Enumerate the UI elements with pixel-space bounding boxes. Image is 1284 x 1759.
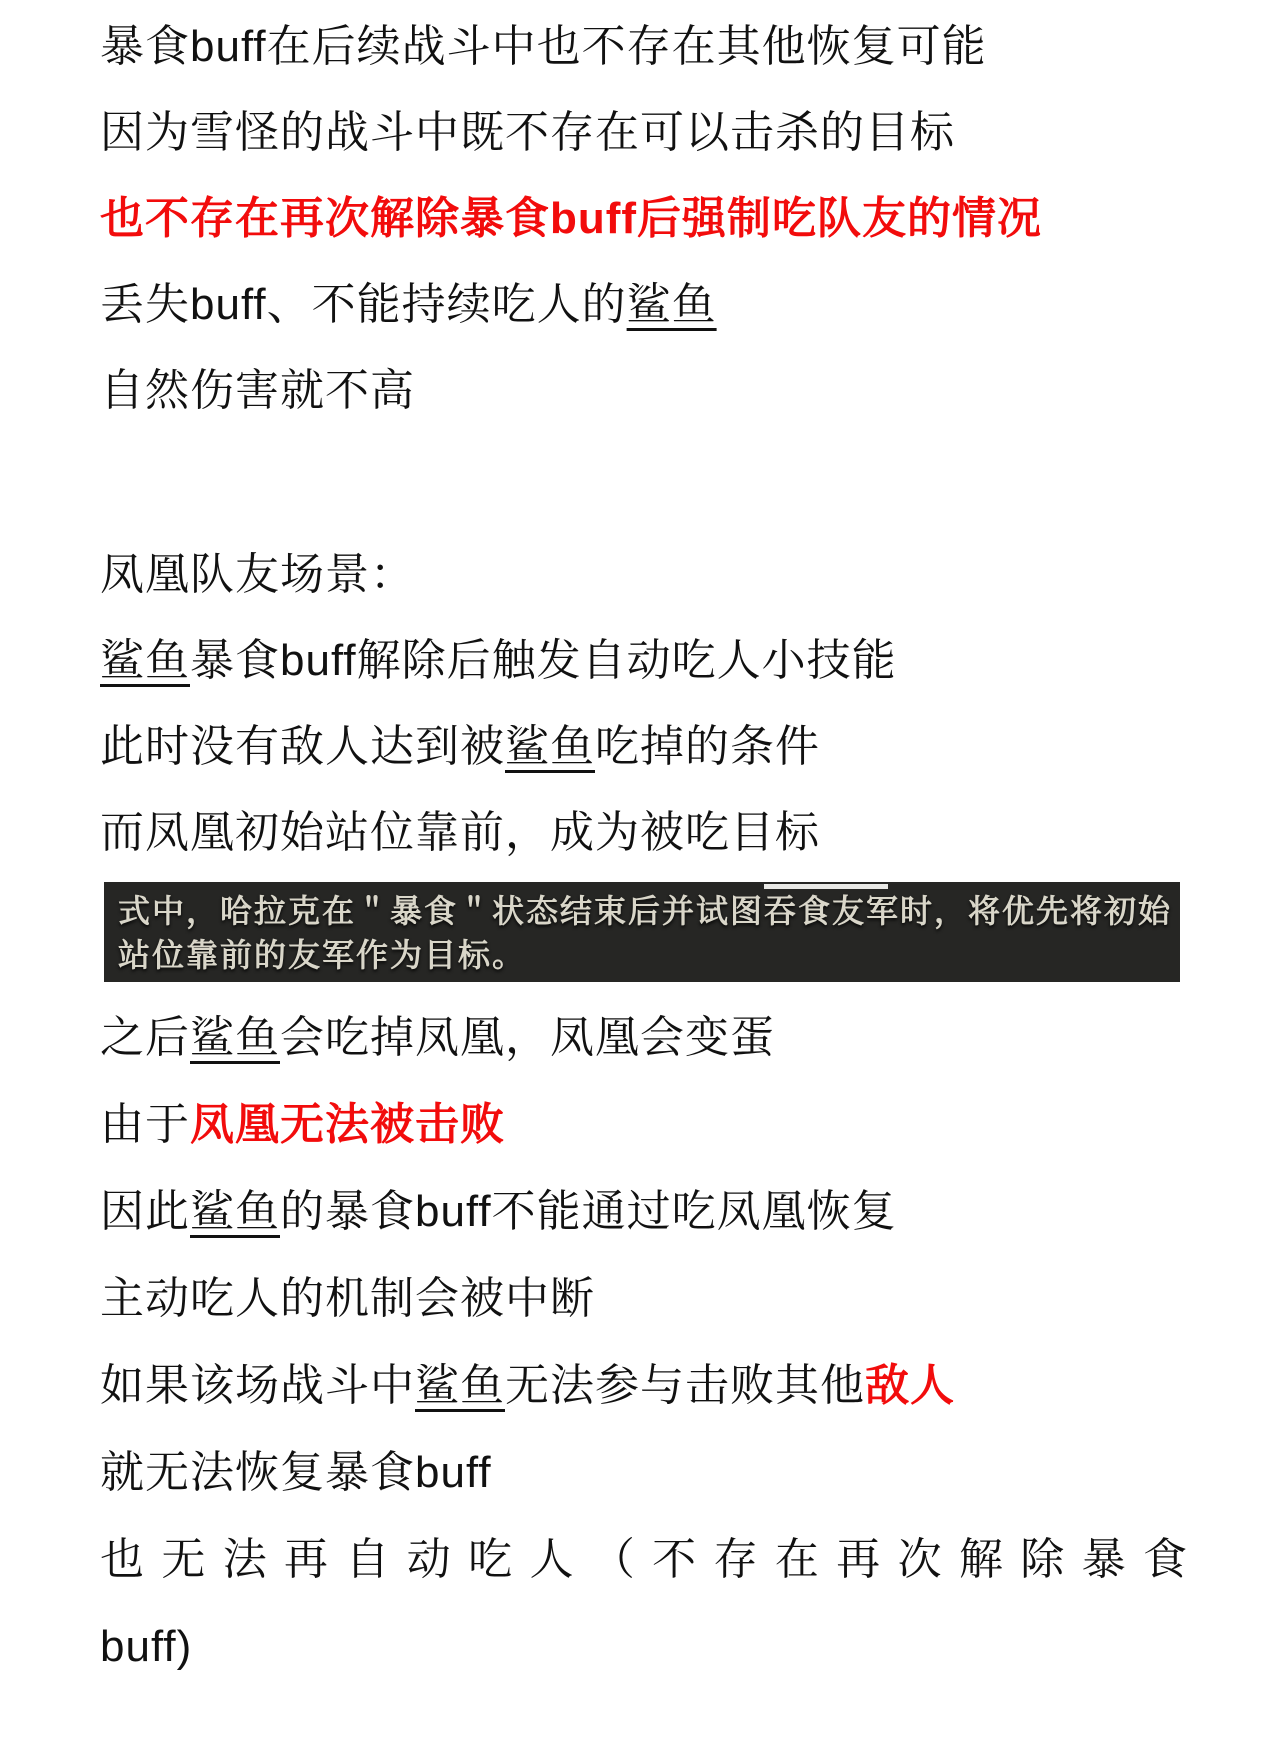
text-line: 而凤凰初始站位靠前，成为被吃目标 xyxy=(100,790,1188,876)
text-segment: 吃掉的条件 xyxy=(595,722,820,771)
text-segment: 丢失buff、不能持续吃人的 xyxy=(100,280,627,329)
red-emphasis: 敌人 xyxy=(865,1361,955,1410)
text-line-justified: 也无法再自动吃人（不存在再次解除暴食 xyxy=(100,1516,1188,1603)
text-segment: 之后 xyxy=(100,1013,190,1062)
text-line: 鲨鱼暴食buff解除后触发自动吃人小技能 xyxy=(100,618,1188,704)
text-line: 暴食buff在后续战斗中也不存在其他恢复可能 xyxy=(100,4,1188,90)
text-line: 主动吃人的机制会被中断 xyxy=(100,1255,1188,1342)
text-segment: buff) xyxy=(100,1622,192,1671)
text-segment: 暴食buff解除后触发自动吃人小技能 xyxy=(190,636,897,685)
red-emphasis: 凤凰无法被击败 xyxy=(190,1100,505,1149)
blank-line-spacer xyxy=(100,434,1188,532)
game-screenshot-quote: 式中，哈拉克在＂暴食＂状态结束后并试图吞食友军时，将优先将初始 站位靠前的友军作… xyxy=(104,882,1180,982)
text-line: 自然伤害就不高 xyxy=(100,348,1188,434)
shark-underlined: 鲨鱼 xyxy=(415,1361,505,1410)
text-segment: 无法参与击败其他 xyxy=(505,1361,865,1410)
text-segment: 因为雪怪的战斗中既不存在可以击杀的目标 xyxy=(100,108,955,157)
shark-underlined: 鲨鱼 xyxy=(190,1187,280,1236)
text-line-red-emphasis: 也不存在再次解除暴食buff后强制吃队友的情况 xyxy=(100,176,1188,262)
paragraph-block-3: 之后鲨鱼会吃掉凤凰，凤凰会变蛋 由于凤凰无法被击败 因此鲨鱼的暴食buff不能通… xyxy=(100,994,1188,1690)
text-segment: 暴食buff在后续战斗中也不存在其他恢复可能 xyxy=(100,22,987,71)
text-segment: 凤凰队友场景： xyxy=(100,550,415,599)
text-segment: 会吃掉凤凰，凤凰会变蛋 xyxy=(280,1013,775,1062)
text-segment: 主动吃人的机制会被中断 xyxy=(100,1274,595,1323)
text-line: 丢失buff、不能持续吃人的鲨鱼 xyxy=(100,262,1188,348)
text-line: 由于凤凰无法被击败 xyxy=(100,1081,1188,1168)
text-line: 如果该场战斗中鲨鱼无法参与击败其他敌人 xyxy=(100,1342,1188,1429)
text-line: 之后鲨鱼会吃掉凤凰，凤凰会变蛋 xyxy=(100,994,1188,1081)
shark-underlined: 鲨鱼 xyxy=(100,636,190,685)
red-emphasis: 也不存在再次解除暴食buff后强制吃队友的情况 xyxy=(100,194,1042,243)
paragraph-block-1: 暴食buff在后续战斗中也不存在其他恢复可能 因为雪怪的战斗中既不存在可以击杀的… xyxy=(100,4,1188,434)
text-segment: 而凤凰初始站位靠前，成为被吃目标 xyxy=(100,808,820,857)
paragraph-block-2: 凤凰队友场景： 鲨鱼暴食buff解除后触发自动吃人小技能 此时没有敌人达到被鲨鱼… xyxy=(100,532,1188,876)
text-line: 因为雪怪的战斗中既不存在可以击杀的目标 xyxy=(100,90,1188,176)
text-segment: 就无法恢复暴食buff xyxy=(100,1448,492,1497)
shark-underlined: 鲨鱼 xyxy=(190,1013,280,1062)
text-line: buff) xyxy=(100,1603,1188,1690)
screenshot-text-line: 站位靠前的友军作为目标。 xyxy=(118,933,1180,977)
screenshot-ui-line xyxy=(764,884,888,889)
text-segment: 如果该场战斗中 xyxy=(100,1361,415,1410)
text-segment: 由于 xyxy=(100,1100,190,1149)
text-segment: 此时没有敌人达到被 xyxy=(100,722,505,771)
text-segment: 自然伤害就不高 xyxy=(100,366,415,415)
text-line: 就无法恢复暴食buff xyxy=(100,1429,1188,1516)
shark-underlined: 鲨鱼 xyxy=(505,722,595,771)
text-line: 因此鲨鱼的暴食buff不能通过吃凤凰恢复 xyxy=(100,1168,1188,1255)
text-segment: 因此 xyxy=(100,1187,190,1236)
text-line-heading: 凤凰队友场景： xyxy=(100,532,1188,618)
note-body: 暴食buff在后续战斗中也不存在其他恢复可能 因为雪怪的战斗中既不存在可以击杀的… xyxy=(0,0,1284,1690)
text-segment: 的暴食buff不能通过吃凤凰恢复 xyxy=(280,1187,897,1236)
text-line: 此时没有敌人达到被鲨鱼吃掉的条件 xyxy=(100,704,1188,790)
shark-underlined: 鲨鱼 xyxy=(627,280,717,329)
screenshot-text-line: 式中，哈拉克在＂暴食＂状态结束后并试图吞食友军时，将优先将初始 xyxy=(118,889,1180,933)
